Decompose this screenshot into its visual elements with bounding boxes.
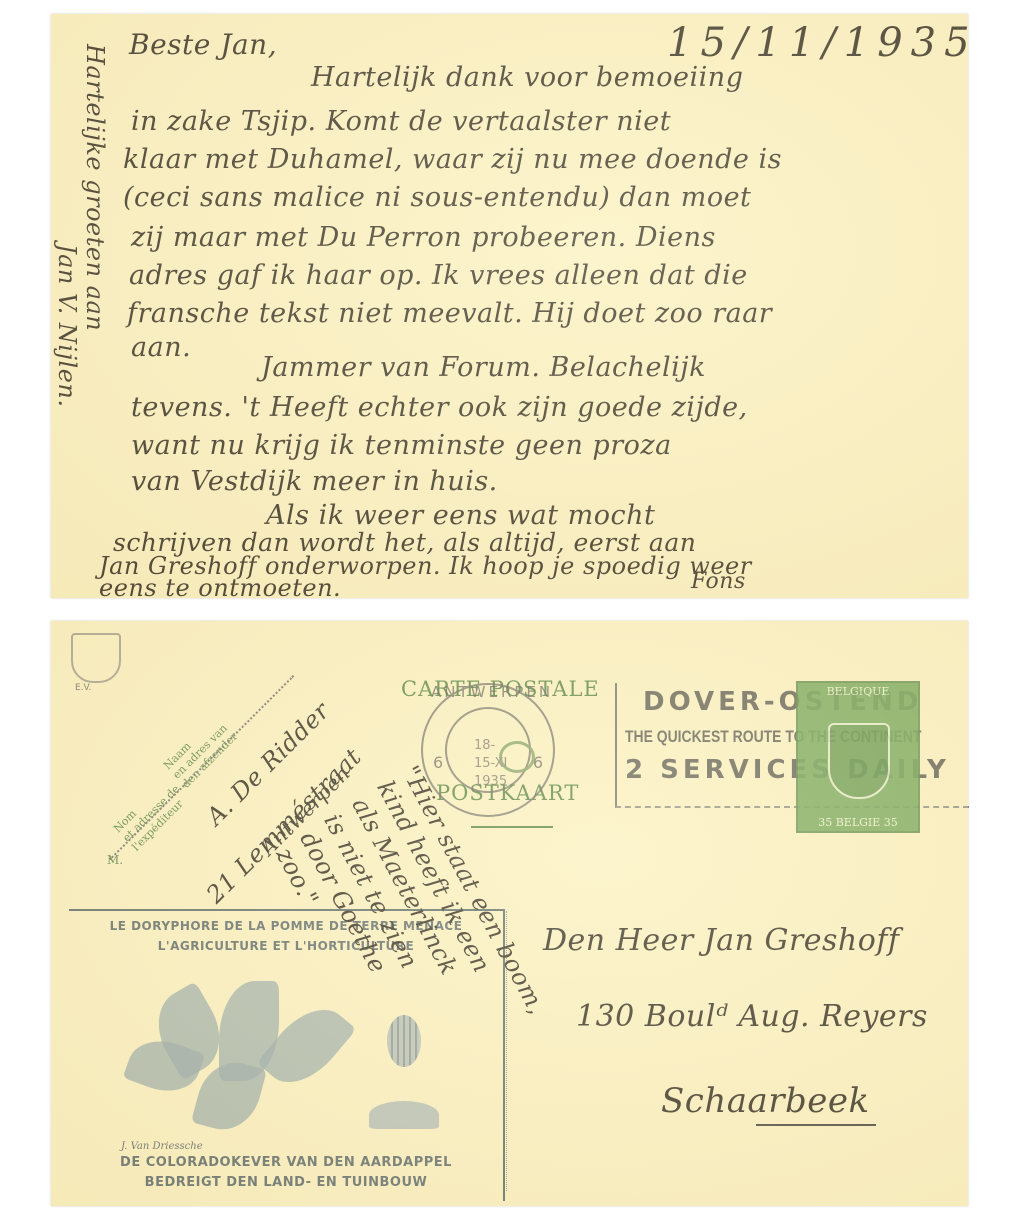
postmark-city: ANTWERPEN	[431, 683, 551, 701]
letter-line: Jammer van Forum. Belachelijk	[261, 352, 706, 383]
letter-date: 15/11/1935	[667, 20, 978, 66]
postmark-inner-ring: 18- 15-XI 1935	[445, 707, 531, 793]
letter-line: in zake Tsjip. Komt de vertaalster niet	[131, 106, 671, 137]
advert-line: DE COLORADOKEVER VAN DEN AARDAPPEL	[69, 1155, 503, 1170]
beetle-icon	[387, 1015, 421, 1067]
postmark-stamp: ANTWERPEN 18- 15-XI 1935 6 6	[421, 683, 555, 817]
postmark-side-number: 6	[533, 753, 543, 772]
recipient-street: 130 Boulᵈ Aug. Reyers	[576, 999, 928, 1034]
sender-label-fr: Nom et adresse de l'expéditeur	[111, 773, 191, 853]
side-note-line: Hartelijke groeten aan	[81, 44, 109, 331]
collection-crest-icon	[71, 633, 121, 683]
postcard-front: Beste Jan, 15/11/1935 Hartelijk dank voo…	[51, 14, 968, 598]
letter-line: aan.	[131, 332, 191, 363]
heading-rule	[471, 826, 553, 828]
letter-line: Hartelijk dank voor bemoeiing	[311, 62, 743, 93]
letter-line: fransche tekst niet meevalt. Hij doet zo…	[127, 298, 772, 329]
advert-line: BEDREIGT DEN LAND- EN TUINBOUW	[69, 1175, 503, 1190]
postmark-date-line: 18-	[474, 737, 507, 755]
postage-stamp: BELGIQUE 35 BELGIE 35	[796, 681, 920, 833]
postcard-back: E.V. CARTE POSTALE POSTKAART ANTWERPEN 1…	[51, 621, 968, 1206]
side-note-line: Jan V. Nijlen.	[53, 244, 81, 408]
postmark-date: 18- 15-XI 1935	[474, 737, 507, 791]
signature: Fons	[691, 569, 746, 594]
letter-line: klaar met Duhamel, waar zij nu mee doend…	[123, 144, 782, 175]
letter-line: Als ik weer eens wat mocht	[266, 500, 655, 531]
lion-shield-icon	[828, 723, 890, 799]
stamp-value-row: 35 BELGIE 35	[798, 816, 918, 829]
sender-label-nl: Naam en adres van den afzender	[161, 711, 240, 790]
letter-line: van Vestdijk meer in huis.	[131, 466, 498, 497]
city-underline	[756, 1124, 876, 1126]
letter-line: want nu krijg ik tenminste geen proza	[131, 430, 672, 461]
postmark-side-number: 6	[433, 753, 443, 772]
stamp-country: BELGIQUE	[798, 685, 918, 698]
recipient-name: Den Heer Jan Greshoff	[543, 923, 900, 958]
artist-signature: J. Van Driessche	[121, 1141, 203, 1152]
letter-line: adres gaf ik haar op. Ik vrees alleen da…	[129, 260, 748, 291]
recipient-city: Schaarbeek	[661, 1081, 870, 1121]
larva-icon	[369, 1101, 439, 1129]
letter-line: zij maar met Du Perron probeeren. Diens	[131, 222, 716, 253]
stamp-country-nl: BELGIE	[836, 816, 881, 829]
greeting: Beste Jan,	[129, 28, 277, 61]
stamp-value: 35	[818, 816, 832, 829]
crest-label: E.V.	[75, 683, 91, 693]
letter-line: eens te ontmoeten.	[99, 574, 341, 602]
letter-line: (ceci sans malice ni sous-entendu) dan m…	[123, 182, 751, 213]
stamp-value: 35	[884, 816, 898, 829]
postmark-date-line: 15-XI	[474, 755, 507, 773]
letter-line: tevens. 't Heeft echter ook zijn goede z…	[131, 392, 748, 423]
postmark-date-line: 1935	[474, 773, 507, 791]
